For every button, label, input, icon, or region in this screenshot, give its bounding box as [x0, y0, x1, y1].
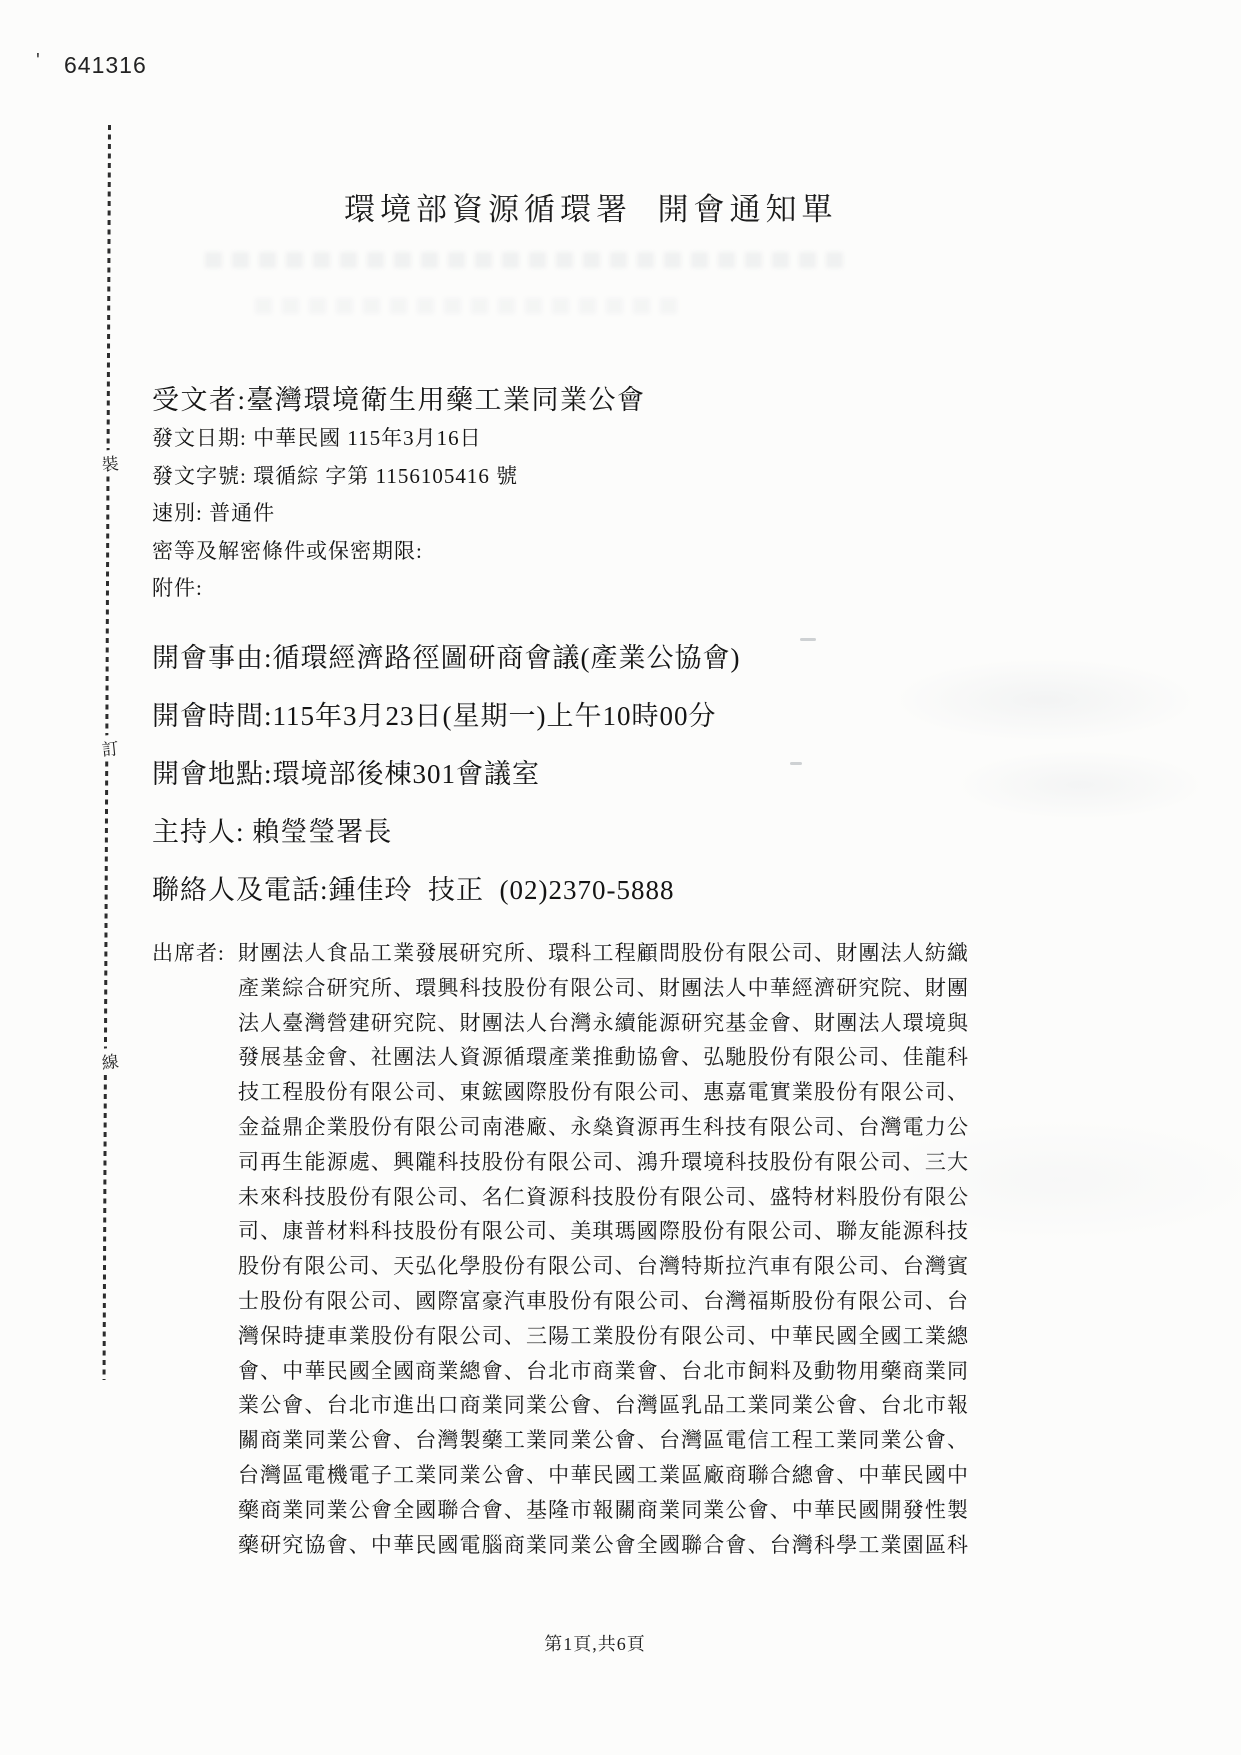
meta-field-value: 環循綜 字第 1156105416 號: [247, 464, 518, 488]
scan-artifact: [800, 638, 816, 641]
meeting-field-label: 聯絡人及電話:: [152, 875, 329, 905]
attendees-text-line: 產業綜合研究所、環興科技股份有限公司、財團法人中華經濟研究院、財團: [238, 971, 968, 1006]
meta-field-value: 普通件: [203, 501, 275, 525]
binding-label-ding: 訂: [97, 734, 123, 761]
attendees-text-line: 司再生能源處、興隴科技股份有限公司、鴻升環境科技股份有限公司、三大: [238, 1145, 968, 1180]
meeting-field-row: 聯絡人及電話:鍾佳玲 技正 (02)2370-5888: [152, 870, 741, 928]
meeting-field-label: 主持人:: [152, 817, 245, 847]
meeting-field-value: 賴瑩瑩署長: [245, 817, 393, 847]
attendees-text-line: 台灣區電機電子工業同業公會、中華民國工業區廠商聯合總會、中華民國中: [238, 1458, 968, 1493]
attendees-text-line: 技工程股份有限公司、東鋐國際股份有限公司、惠嘉電實業股份有限公司、: [238, 1075, 968, 1110]
meeting-field-value: 鍾佳玲 技正 (02)2370-5888: [329, 875, 675, 905]
attendees-text-line: 會、中華民國全國商業總會、台北市商業會、台北市飼料及動物用藥商業同: [238, 1354, 968, 1389]
page-footer: 第1頁,共6頁: [0, 1630, 1190, 1656]
meeting-fields: 開會事由:循環經濟路徑圖研商會議(產業公協會) 開會時間:115年3月23日(星…: [152, 638, 741, 928]
attendees-text-line: 業公會、台北市進出口商業同業公會、台灣區乳品工業同業公會、台北市報: [238, 1388, 968, 1423]
attendees-list: 財團法人食品工業發展研究所、環科工程顧問股份有限公司、財團法人紡織 產業綜合研究…: [238, 936, 972, 1562]
attendees-text-line: 股份有限公司、天弘化學股份有限公司、台灣特斯拉汽車有限公司、台灣賓: [238, 1249, 968, 1284]
attendees-text-line: 士股份有限公司、國際富豪汽車股份有限公司、台灣福斯股份有限公司、台: [238, 1284, 968, 1319]
meeting-field-label: 開會時間:: [152, 701, 273, 731]
recipient-line: 受文者:臺灣環境衛生用藥工業同業公會: [152, 378, 646, 417]
scan-artifact: [255, 298, 685, 314]
meta-field-label: 發文字號:: [152, 464, 247, 488]
meeting-field-row: 開會事由:循環經濟路徑圖研商會議(產業公協會): [152, 638, 741, 696]
scan-speck: ': [36, 50, 40, 73]
attendees-section: 出席者: 財團法人食品工業發展研究所、環科工程顧問股份有限公司、財團法人紡織 產…: [152, 936, 972, 1562]
scan-artifact: [205, 252, 845, 268]
meta-field-label: 速別:: [152, 501, 203, 525]
meta-field-row: 速別: 普通件: [152, 495, 518, 533]
recipient-label: 受文者:: [152, 385, 247, 415]
meta-field-label: 發文日期:: [152, 426, 247, 450]
attendees-label: 出席者:: [152, 936, 225, 971]
attendees-text-line: 法人臺灣營建研究院、財團法人台灣永續能源研究基金會、財團法人環境與: [238, 1006, 968, 1041]
document-meta-fields: 發文日期: 中華民國 115年3月16日 發文字號: 環循綜 字第 115610…: [152, 420, 518, 608]
meta-field-value: 中華民國 115年3月16日: [247, 426, 482, 450]
attendees-text-line: 財團法人食品工業發展研究所、環科工程顧問股份有限公司、財團法人紡織: [238, 936, 968, 971]
meeting-field-value: 環境部後棟301會議室: [273, 759, 541, 789]
meeting-field-row: 主持人: 賴瑩瑩署長: [152, 812, 741, 870]
meta-field-row: 附件:: [152, 570, 518, 608]
meeting-field-row: 開會時間:115年3月23日(星期一)上午10時00分: [152, 696, 741, 754]
meta-field-label: 附件:: [152, 576, 203, 600]
meeting-field-label: 開會事由:: [152, 643, 273, 673]
meta-field-row: 密等及解密條件或保密期限:: [152, 533, 518, 571]
binding-label-xian: 線: [97, 1047, 123, 1074]
attendees-text-line: 藥研究協會、中華民國電腦商業同業公會全國聯合會、台灣科學工業園區科: [238, 1528, 968, 1563]
binding-label-zhuang: 裝: [97, 449, 123, 476]
recipient-value: 臺灣環境衛生用藥工業同業公會: [247, 385, 646, 415]
attendees-text-line: 未來科技股份有限公司、名仁資源科技股份有限公司、盛特材料股份有限公: [238, 1180, 968, 1215]
attendees-text-line: 灣保時捷車業股份有限公司、三陽工業股份有限公司、中華民國全國工業總: [238, 1319, 968, 1354]
attendees-text-line: 藥商業同業公會全國聯合會、基隆市報關商業同業公會、中華民國開發性製: [238, 1493, 968, 1528]
attendees-text-line: 發展基金會、社團法人資源循環產業推動協會、弘馳股份有限公司、佳龍科: [238, 1040, 968, 1075]
meeting-field-row: 開會地點:環境部後棟301會議室: [152, 754, 741, 812]
attendees-text-line: 金益鼎企業股份有限公司南港廠、永燊資源再生科技有限公司、台灣電力公: [238, 1110, 968, 1145]
meta-field-row: 發文字號: 環循綜 字第 1156105416 號: [152, 458, 518, 496]
attendees-text-line: 關商業同業公會、台灣製藥工業同業公會、台灣區電信工程工業同業公會、: [238, 1423, 968, 1458]
scan-artifact: [790, 762, 802, 765]
meeting-field-label: 開會地點:: [152, 759, 273, 789]
document-title: 環境部資源循環署 開會通知單: [344, 184, 838, 229]
attendees-text-line: 司、康普材料科技股份有限公司、美琪瑪國際股份有限公司、聯友能源科技: [238, 1214, 968, 1249]
document-page: ' 641316 裝 訂 線 環境部資源循環署 開會通知單 受文者:臺灣環境衛生…: [0, 0, 1241, 1755]
meta-field-row: 發文日期: 中華民國 115年3月16日: [152, 420, 518, 458]
doc-number: 641316: [64, 52, 147, 79]
meta-field-label: 密等及解密條件或保密期限:: [152, 539, 423, 563]
meeting-field-value: 循環經濟路徑圖研商會議(產業公協會): [273, 643, 741, 673]
meeting-field-value: 115年3月23日(星期一)上午10時00分: [273, 701, 717, 731]
